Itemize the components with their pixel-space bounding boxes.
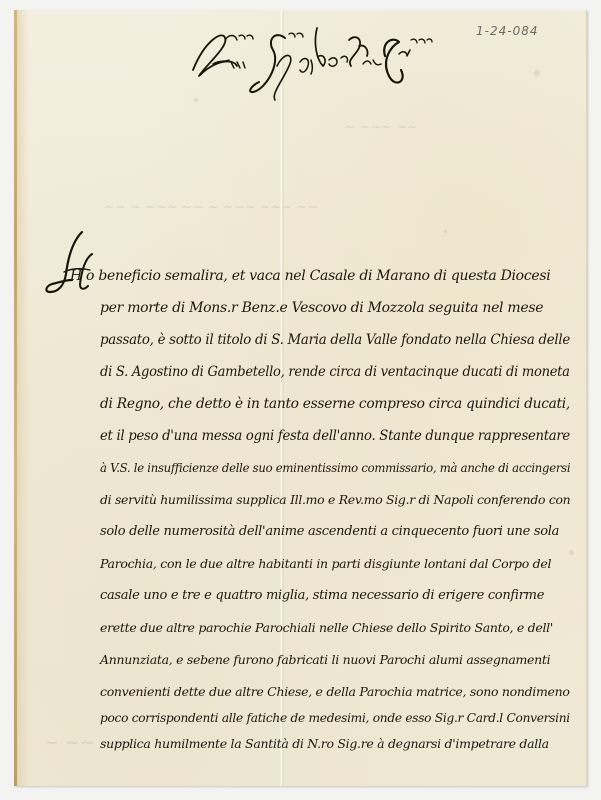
letter-line-15: poco corrispondenti alle fatiche de mede… xyxy=(100,710,570,725)
letter-line-7: à V.S. le insufficienze delle suo eminen… xyxy=(100,460,570,475)
letter-line-9: solo delle numerosità dell'anime ascende… xyxy=(100,524,559,539)
letter-line-10: Parochia, con le due altre habitanti in … xyxy=(100,556,551,571)
letter-line-14: convenienti dette due altre Chiese, e de… xyxy=(100,684,570,699)
letter-line-3: passato, è sotto il titolo di S. Maria d… xyxy=(100,332,570,348)
letter-line-6: et il peso d'una messa ogni festa dell'a… xyxy=(100,428,570,444)
letter-line-11: casale uno e tre e quattro miglia, stima… xyxy=(100,588,544,603)
letter-body: H o beneficio semalira, et vaca nel Casa… xyxy=(0,0,601,800)
letter-line-2: per morte di Mons.r Benz.e Vescovo di Mo… xyxy=(100,300,543,316)
letter-line-1: H o beneficio semalira, et vaca nel Casa… xyxy=(70,268,550,284)
letter-line-8: di servitù humilissima supplica Ill.mo e… xyxy=(100,492,570,507)
letter-line-5: di Regno, che detto è in tanto esserne c… xyxy=(100,396,570,412)
letter-line-16: supplica humilmente la Santità di N.ro S… xyxy=(100,736,549,751)
letter-line-4: di S. Agostino di Gambetello, rende circ… xyxy=(100,364,570,380)
letter-line-12: erette due altre parochie Parochiali nel… xyxy=(100,620,553,635)
letter-line-13: Annunziata, e sebene furono fabricati li… xyxy=(100,652,550,667)
